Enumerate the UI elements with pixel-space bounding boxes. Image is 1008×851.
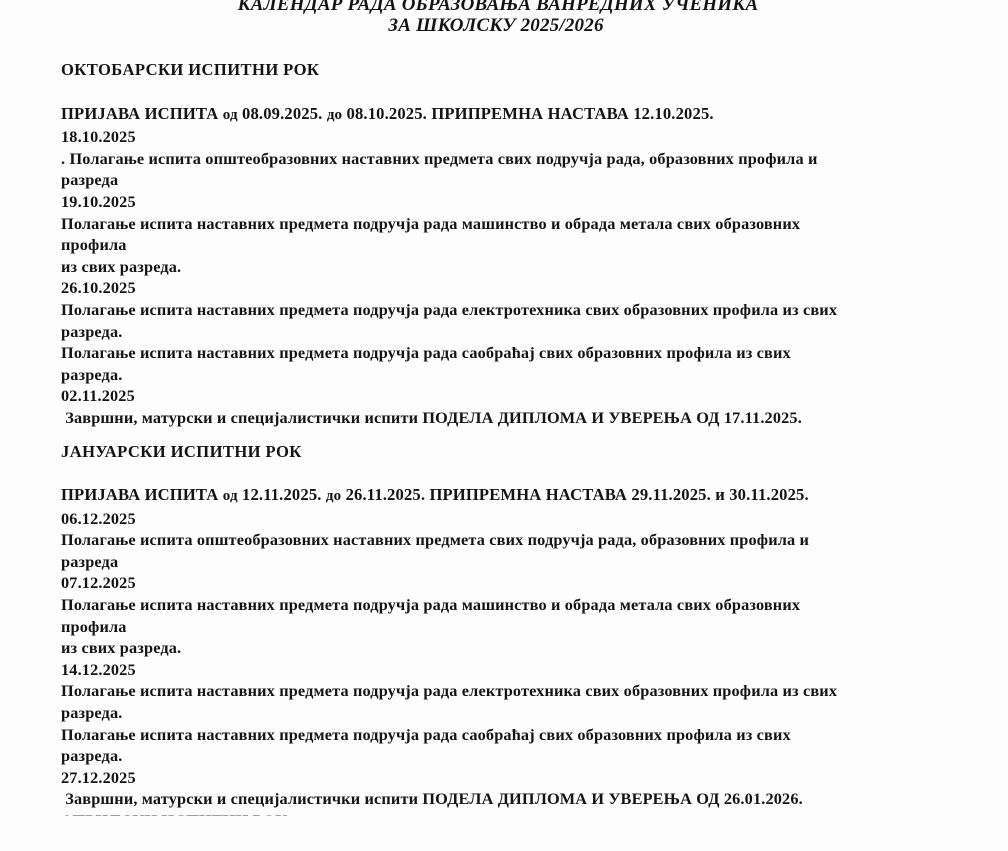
document-page: КАЛЕНДАР РАДА ОБРАЗОВАЊА ВАНРЕДНИХ УЧЕНИ…	[0, 0, 1008, 851]
exam-entry: 14.12.2025Полагање испита наставних пред…	[61, 659, 991, 767]
exam-description-line: профила	[61, 616, 991, 638]
exam-description-line: Полагање испита наставних предмета подру…	[61, 299, 991, 321]
exam-description-line: . Полагање испита општеобразовних настав…	[61, 148, 991, 170]
section-heading: ОКТОБАРСКИ ИСПИТНИ РОК	[61, 59, 991, 81]
exam-description-line: разреда.	[61, 321, 991, 343]
exam-description-line: разреда.	[61, 364, 991, 386]
exam-description-line: разреда.	[61, 745, 991, 767]
exam-entry: 02.11.2025 Завршни, матурски и специјали…	[61, 385, 991, 428]
registration-from-date: 08.09.2025.	[242, 104, 322, 123]
exam-description-line: Полагање испита наставних предмета подру…	[61, 213, 991, 235]
from-word: од	[223, 488, 238, 504]
registration-line: ПРИЈАВА ИСПИТА од 12.11.2025. до 26.11.2…	[61, 484, 991, 508]
exam-description-line: разреда.	[61, 702, 991, 724]
exam-description-line: профила	[61, 234, 991, 256]
to-word: до	[327, 107, 342, 123]
exam-date: 07.12.2025	[61, 572, 991, 594]
exam-description-line: Полагање испита наставних предмета подру…	[61, 680, 991, 702]
exam-entry: 07.12.2025Полагање испита наставних пред…	[61, 572, 991, 658]
exam-description-line: Завршни, матурски и специјалистички испи…	[61, 788, 991, 810]
registration-label: ПРИЈАВА ИСПИТА	[61, 104, 218, 123]
registration-label: ПРИЈАВА ИСПИТА	[61, 485, 218, 504]
exam-date: 19.10.2025	[61, 191, 991, 213]
to-word: до	[326, 488, 341, 504]
exam-description-line: Завршни, матурски и специјалистички испи…	[61, 407, 991, 429]
registration-line: ПРИЈАВА ИСПИТА од 08.09.2025. до 08.10.2…	[61, 103, 991, 127]
title-line-2: ЗА ШКОЛСКУ 2025/2026	[0, 15, 1008, 36]
registration-to-date: 26.11.2025.	[346, 485, 426, 504]
title-line-1: КАЛЕНДАР РАДА ОБРАЗОВАЊА ВАНРЕДНИХ УЧЕНИ…	[0, 0, 1008, 15]
exam-description-line: из свих разреда.	[61, 256, 991, 278]
exam-date: 26.10.2025	[61, 277, 991, 299]
exam-entry: 06.12.2025Полагање испита општеобразовни…	[61, 508, 991, 573]
exam-description-line: разреда	[61, 169, 991, 191]
registration-to-date: 08.10.2025.	[347, 104, 427, 123]
document-title: КАЛЕНДАР РАДА ОБРАЗОВАЊА ВАНРЕДНИХ УЧЕНИ…	[0, 0, 1008, 36]
exam-description-line: Полагање испита наставних предмета подру…	[61, 724, 991, 746]
exam-description-line: разреда	[61, 551, 991, 573]
exam-description-line: Полагање испита наставних предмета подру…	[61, 342, 991, 364]
exam-date: 06.12.2025	[61, 508, 991, 530]
exam-description-line: Полагање испита наставних предмета подру…	[61, 594, 991, 616]
calendar-content: ОКТОБАРСКИ ИСПИТНИ РОКПРИЈАВА ИСПИТА од …	[61, 59, 991, 816]
exam-entry: 18.10.2025. Полагање испита општеобразов…	[61, 126, 991, 191]
exam-period-section: ОКТОБАРСКИ ИСПИТНИ РОКПРИЈАВА ИСПИТА од …	[61, 59, 991, 429]
exam-period-section: ЈАНУАРСКИ ИСПИТНИ РОКПРИЈАВА ИСПИТА од 1…	[61, 441, 991, 811]
exam-description-line: Полагање испита општеобразовних наставни…	[61, 529, 991, 551]
preparatory-classes-dates: 12.10.2025.	[633, 104, 713, 123]
exam-date: 02.11.2025	[61, 385, 991, 407]
registration-from-date: 12.11.2025.	[242, 485, 322, 504]
exam-entry: 19.10.2025Полагање испита наставних пред…	[61, 191, 991, 277]
preparatory-classes-label: ПРИПРЕМНА НАСТАВА	[429, 485, 627, 504]
from-word: од	[223, 107, 238, 123]
exam-entry: 27.12.2025 Завршни, матурски и специјали…	[61, 767, 991, 810]
preparatory-classes-dates: 29.11.2025. и 30.11.2025.	[631, 485, 808, 504]
exam-date: 14.12.2025	[61, 659, 991, 681]
next-section-heading-clipped: АПРИЛСКИ ИСПИТНИ РОК	[61, 810, 991, 816]
exam-description-line: из свих разреда.	[61, 637, 991, 659]
exam-entry: 26.10.2025Полагање испита наставних пред…	[61, 277, 991, 385]
preparatory-classes-label: ПРИПРЕМНА НАСТАВА	[431, 104, 629, 123]
exam-date: 27.12.2025	[61, 767, 991, 789]
section-heading: ЈАНУАРСКИ ИСПИТНИ РОК	[61, 441, 991, 463]
exam-date: 18.10.2025	[61, 126, 991, 148]
